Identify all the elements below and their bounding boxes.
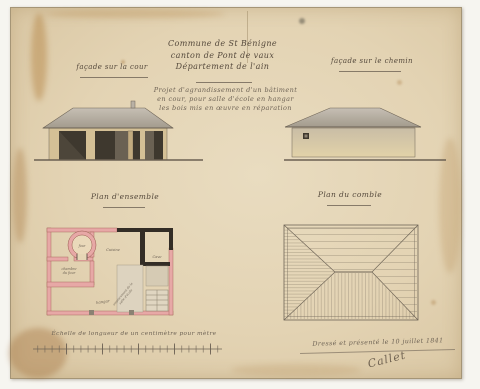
window-inner <box>305 135 308 138</box>
porch-post <box>128 131 133 160</box>
hipped-roof <box>285 108 421 127</box>
plan-wall-right <box>169 248 173 315</box>
floor-plan-drawing: four chambredu four Cuisine Cave hangar … <box>42 222 182 322</box>
hipped-roof <box>43 108 173 128</box>
facade-courtyard-label: façade sur la cour <box>62 62 162 72</box>
cellar-label: Cave <box>152 255 161 259</box>
door-shadow <box>154 131 163 160</box>
shed-label: hangar <box>96 298 110 305</box>
facade-courtyard-underline <box>80 77 148 78</box>
commune-line: Commune de St Bénigne <box>150 38 295 50</box>
new-wall-right <box>169 228 173 250</box>
interior-block <box>146 266 168 286</box>
stain-top-edge <box>45 10 225 18</box>
porch-opening <box>133 131 140 160</box>
scale-bar <box>30 341 228 357</box>
plan-partition <box>90 261 94 285</box>
scanned-document: Commune de St Bénigne canton de Pont de … <box>0 0 480 389</box>
oven-label: four <box>78 244 86 248</box>
title-block: Commune de St Bénigne canton de Pont de … <box>150 38 295 73</box>
foxing-dot <box>397 80 402 85</box>
new-wall-cellar-bottom <box>140 262 170 266</box>
elevation-road-drawing <box>282 96 450 164</box>
plan-wall-left <box>47 228 51 315</box>
new-wall-vertical <box>140 228 145 262</box>
departement-line: Département de l'ain <box>150 61 295 73</box>
ink-speck <box>299 18 305 24</box>
stain-bottom-edge <box>231 364 361 376</box>
pier-mark <box>89 310 94 315</box>
plan-comble-label: Plan du comble <box>300 190 400 201</box>
door-opening <box>95 131 115 160</box>
facade-road-underline <box>339 71 401 72</box>
plan-ensemble-underline <box>103 207 145 208</box>
plan-partition <box>47 257 68 261</box>
chimney <box>131 101 135 108</box>
foxing-dot <box>431 300 436 305</box>
stain-top-left-edge <box>31 13 47 101</box>
facade-road-label: façade sur le chemin <box>322 56 422 66</box>
wall-face <box>292 128 415 157</box>
elevation-courtyard-drawing <box>30 98 245 166</box>
plan-ensemble-label: Plan d'ensemble <box>75 192 175 203</box>
kitchen-label: Cuisine <box>106 248 120 252</box>
stain-left-edge <box>13 148 27 243</box>
porch-opening <box>115 131 128 160</box>
scale-caption: Échelle de longueur de un centimètre pou… <box>50 330 218 338</box>
roof-plan-drawing <box>280 220 430 325</box>
title-underline <box>196 82 252 83</box>
project-line-1: Projet d'agrandissement d'un bâtiment <box>148 86 303 95</box>
plan-partition <box>47 282 94 287</box>
oven-room-label: chambredu four <box>61 267 76 275</box>
pier-mark <box>129 310 134 315</box>
plan-wall-bottom <box>47 311 173 315</box>
canton-line: canton de Pont de vaux <box>150 50 295 62</box>
plan-comble-underline <box>327 205 371 206</box>
staircase <box>146 290 168 311</box>
